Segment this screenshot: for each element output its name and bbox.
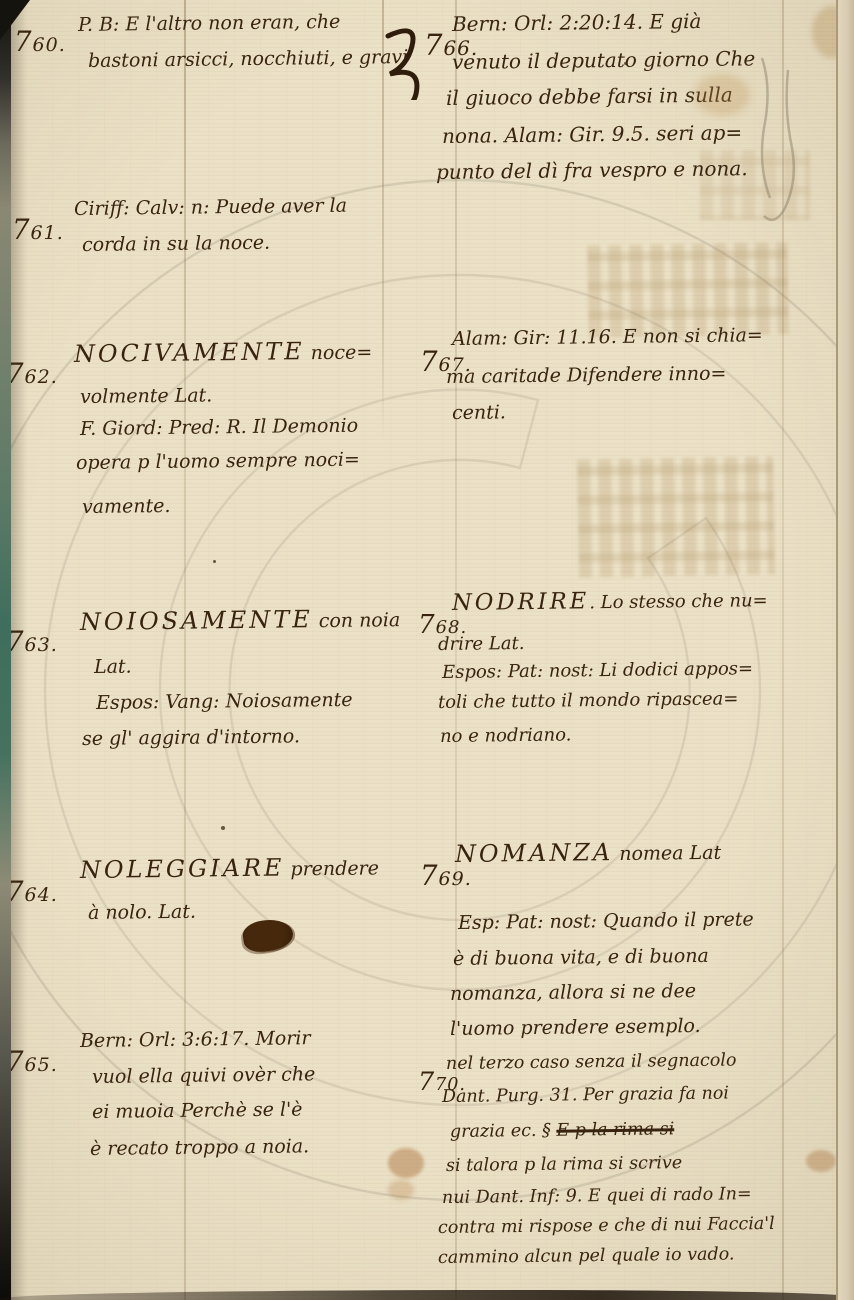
book-gutter-edge [0, 0, 11, 1300]
entry-line: si talora p la rima si scrive [446, 1153, 682, 1176]
gutter-shadow [11, 0, 27, 1300]
page-right-edge [836, 0, 854, 1300]
entry-text: grazia ec. § [450, 1121, 557, 1142]
entry-line: contra mi rispose e che di nui Faccia'l [438, 1214, 775, 1238]
entry-text: Dant. Purg. 31. Per grazia fa noi [442, 1083, 729, 1107]
ink-speck [213, 560, 216, 563]
entry-line: nel terzo caso senza il segnacolo [446, 1050, 737, 1074]
ink-speck [221, 826, 225, 830]
entry-text: nui Dant. Inf: 9. E quei di rado In= [442, 1184, 752, 1208]
entry-text: contra mi rispose e che di nui Faccia'l [438, 1214, 775, 1238]
entries-layer: 760.P. B: E l'altro non eran, chebastoni… [0, 0, 854, 1300]
dictionary-entry: 770.nel terzo caso senza il segnacoloDan… [0, 0, 854, 1300]
entry-text: cammino alcun pel quale io vado. [438, 1244, 735, 1268]
line-filler-flourish [380, 22, 440, 100]
entry-text: si talora p la rima si scrive [446, 1153, 682, 1176]
entry-line: grazia ec. § E p la rima si [450, 1119, 674, 1142]
entry-line: nui Dant. Inf: 9. E quei di rado In= [442, 1184, 752, 1208]
entry-text: E p la rima si [556, 1119, 674, 1140]
entry-text: nel terzo caso senza il segnacolo [446, 1050, 737, 1074]
entry-line: Dant. Purg. 31. Per grazia fa noi [442, 1083, 729, 1107]
manuscript-page: 760.P. B: E l'altro non eran, chebastoni… [0, 0, 854, 1300]
entry-line: cammino alcun pel quale io vado. [438, 1244, 735, 1268]
ink-speck [624, 62, 627, 65]
